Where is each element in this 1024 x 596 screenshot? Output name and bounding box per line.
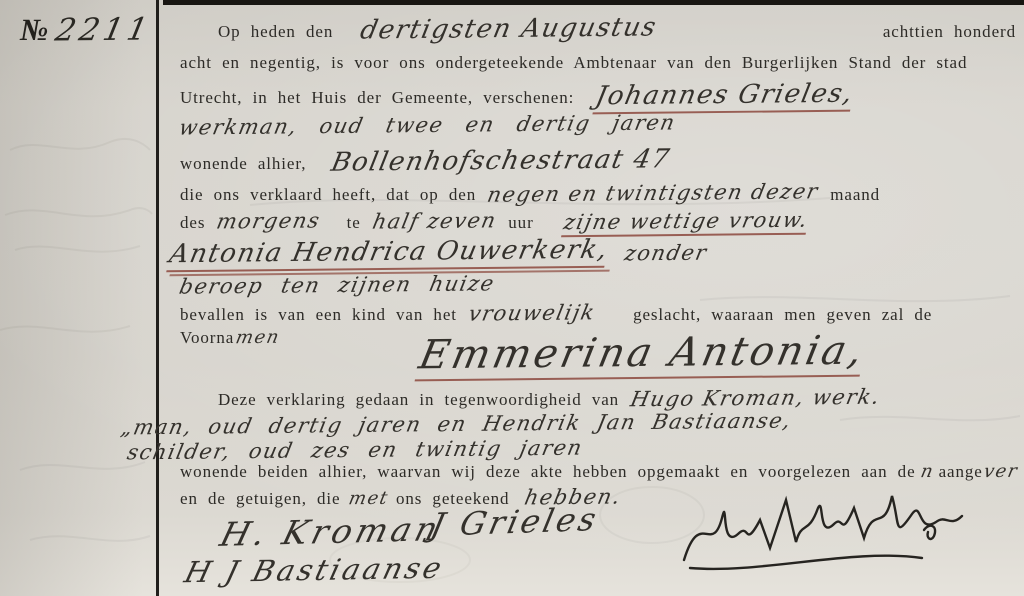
signature-text: H J Bastiaanse [181, 551, 448, 589]
handwritten-date: dertigsten Augustus [358, 12, 660, 45]
printed-text: uur [508, 213, 533, 233]
handwritten-time-of-day: morgens [215, 208, 323, 233]
handwritten-text: werkman, oud twee en dertig jaren [177, 110, 678, 139]
handwritten-completion: ver [982, 461, 1020, 482]
signature-witness2: H J Bastiaanse [186, 553, 443, 587]
printed-text: en de getuigen, die [180, 489, 341, 509]
handwritten-insert: met [346, 488, 390, 509]
signature-declarant: J Grieles [432, 503, 598, 541]
line-occupation-age: werkman, oud twee en dertig jaren [180, 113, 1016, 137]
official-signature-scrawl [672, 478, 982, 578]
line-child-sex: bevallen is van een kind van het vrouwel… [180, 301, 1016, 325]
line-year-officer: acht en negentig, is voor ons ondergetee… [180, 53, 1016, 73]
line-witness1-details: „man, oud dertig jaren en Hendrik Jan Ba… [122, 412, 1016, 436]
printed-text: Op heden den [218, 22, 333, 42]
printed-text: Utrecht, in het Huis der Gemeente, versc… [180, 88, 574, 108]
margin-rule [156, 0, 159, 596]
handwritten-text: „man, oud dertig jaren en Hendrik Jan Ba… [119, 408, 794, 439]
line-birth-time: des morgens te half zeven uur zijne wett… [180, 209, 1016, 236]
top-rule [163, 0, 1024, 5]
printed-text: Deze verklaring gedaan in tegenwoordighe… [218, 390, 619, 410]
line-birth-day: die ons verklaard heeft, dat op den nege… [180, 181, 1016, 205]
printed-text: wonende alhier, [180, 154, 306, 174]
printed-text: des [180, 213, 205, 233]
printed-text: geslacht, waaraan men geven zal de [633, 305, 932, 325]
birth-record-scan: № 2211 Op heden den dertigsten Augustus … [0, 0, 1024, 596]
line-date: Op heden den dertigsten Augustus achttie… [180, 14, 1016, 44]
act-number: 2211 [53, 12, 155, 49]
line-declarant: Utrecht, in het Huis der Gemeente, versc… [180, 80, 1016, 113]
handwritten-declarant-name: Johannes Grieles, [593, 79, 857, 115]
printed-text: maand [830, 185, 880, 205]
handwritten-day: negen en twintigsten dezer [485, 179, 821, 206]
handwritten-witness1-name: Hugo Kroman, werk. [628, 385, 883, 412]
line-address: wonende alhier, Bollenhofschestraat 47 [180, 146, 1016, 176]
handwritten-sex: vrouwelijk [466, 300, 597, 325]
printed-text: die ons verklaard heeft, dat op den [180, 185, 476, 205]
line-mother-name: Antonia Hendrica Ouwerkerk, zonder [170, 237, 1016, 270]
signature-text: J Grieles [427, 500, 602, 544]
line-witnesses-intro: Deze verklaring gedaan in tegenwoordighe… [180, 386, 1016, 410]
handwritten-text: beroep ten zijnen huize [177, 271, 497, 298]
printed-text: achttien honderd [883, 22, 1016, 42]
line-witness2-details: schilder, oud zes en twintig jaren [128, 438, 1016, 462]
handwritten-child-name: Emmerina Antonia, [415, 328, 870, 382]
signature-witness1: H. Kroman [222, 512, 440, 551]
handwritten-mother-name: Antonia Hendrica Ouwerkerk, [166, 235, 611, 273]
line-child-name: Emmerina Antonia, [420, 330, 864, 379]
handwritten-address: Bollenhofschestraat 47 [329, 144, 673, 178]
handwritten-suffix: men [234, 327, 282, 348]
handwritten-text: zonder [623, 241, 710, 266]
handwritten-relation: zijne wettige vrouw. [561, 208, 811, 238]
printed-text: Voorna [180, 328, 234, 348]
handwritten-hour: half zeven [370, 208, 499, 233]
line-mother-occupation: beroep ten zijnen huize [180, 273, 1016, 297]
number-sign: № [20, 12, 48, 48]
printed-text: te [347, 213, 361, 233]
act-number-block: № 2211 [20, 12, 151, 48]
signature-text: H. Kroman [216, 509, 446, 554]
printed-text: acht en negentig, is voor ons ondergetee… [180, 53, 967, 73]
printed-text: bevallen is van een kind van het [180, 305, 457, 325]
